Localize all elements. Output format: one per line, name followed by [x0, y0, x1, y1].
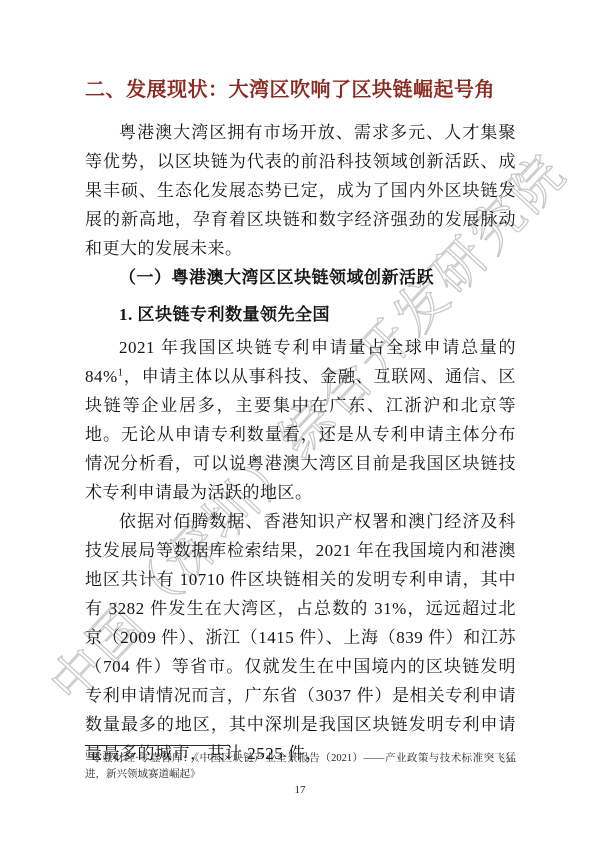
- paragraph-statistics: 依据对佰腾数据、香港知识产权署和澳门经济及科技发展局等数据库检索结果，2021 …: [85, 507, 516, 768]
- page-content: 二、发展现状：大湾区吹响了区块链崛起号角 粤港澳大湾区拥有市场开放、需求多元、人…: [85, 70, 516, 768]
- paragraph-intro: 粤港澳大湾区拥有市场开放、需求多元、人才集聚等优势，以区块链为代表的前沿科技领域…: [85, 118, 516, 263]
- point-heading: 1. 区块链专利数量领先全国: [85, 300, 516, 329]
- footnote-text: 零壹财经·零壹智库：《中国区块链产业全景报告（2021）——产业政策与技术标准突…: [85, 753, 516, 780]
- paragraph-patents: 2021 年我国区块链专利申请量占全球申请总量的 84%1，申请主体以从事科技、…: [85, 333, 516, 507]
- footnote-separator-line: [85, 745, 230, 746]
- section-heading: 二、发展现状：大湾区吹响了区块链崛起号角: [85, 76, 516, 104]
- paragraph-patents-continued: ，申请主体以从事科技、金融、互联网、通信、区块链等企业居多，主要集中在广东、江浙…: [85, 367, 516, 502]
- document-page: 中国（深圳）综合开发研究院 二、发展现状：大湾区吹响了区块链崛起号角 粤港澳大湾…: [0, 0, 600, 848]
- subsection-heading: （一）粤港澳大湾区区块链领域创新活跃: [85, 263, 516, 292]
- page-number: 17: [0, 784, 600, 796]
- footnote: 1 零壹财经·零壹智库：《中国区块链产业全景报告（2021）——产业政策与技术标…: [85, 751, 516, 783]
